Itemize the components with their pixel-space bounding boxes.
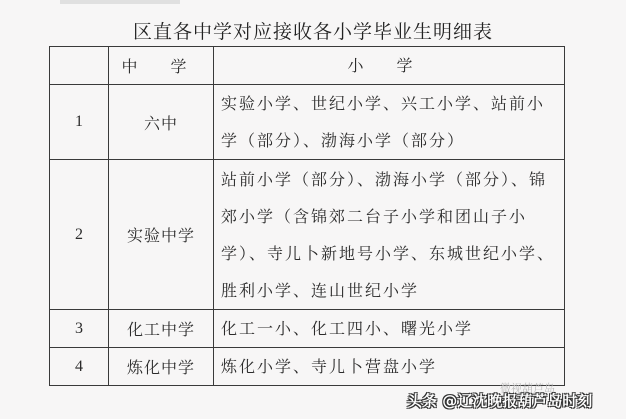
- middle-school-cell: 炼化中学: [109, 348, 214, 386]
- table-header-row: 中 学 小 学: [50, 47, 565, 85]
- primary-schools-cell: 化工一小、化工四小、曙光小学: [214, 310, 565, 348]
- row-number: 3: [50, 310, 109, 348]
- table-row: 1 六中 实验小学、世纪小学、兴工小学、站前小学（部分）、渤海小学（部分）: [50, 85, 565, 160]
- table-row: 4 炼化中学 炼化小学、寺儿卜营盘小学: [50, 348, 565, 386]
- middle-school-cell: 六中: [109, 85, 214, 160]
- primary-schools-cell: 实验小学、世纪小学、兴工小学、站前小学（部分）、渤海小学（部分）: [214, 85, 565, 160]
- row-number: 2: [50, 160, 109, 310]
- middle-school-cell: 实验中学: [109, 160, 214, 310]
- header-primary-school: 小 学: [214, 47, 565, 85]
- header-middle-school-label: 中 学: [121, 57, 200, 76]
- document-title: 区直各中学对应接收各小学毕业生明细表: [0, 17, 626, 44]
- table-row: 3 化工中学 化工一小、化工四小、曙光小学: [50, 310, 565, 348]
- row-number: 1: [50, 85, 109, 160]
- scan-top-artifact: [60, 0, 180, 4]
- source-watermark: 头条 @辽沈晚报葫芦岛时刻: [407, 390, 592, 411]
- header-middle-school: 中 学: [109, 47, 214, 85]
- header-primary-school-label: 小 学: [347, 56, 426, 75]
- row-number: 4: [50, 348, 109, 386]
- middle-school-cell: 化工中学: [109, 310, 214, 348]
- header-number: [50, 47, 109, 85]
- table-row: 2 实验中学 站前小学（部分）、渤海小学（部分）、锦郊小学（含锦郊二台子小学和团…: [50, 160, 565, 310]
- school-assignment-table: 中 学 小 学 1 六中 实验小学、世纪小学、兴工小学、站前小学（部分）、渤海小…: [49, 46, 565, 386]
- primary-schools-cell: 站前小学（部分）、渤海小学（部分）、锦郊小学（含锦郊二台子小学和团山子小学）、寺…: [214, 160, 565, 310]
